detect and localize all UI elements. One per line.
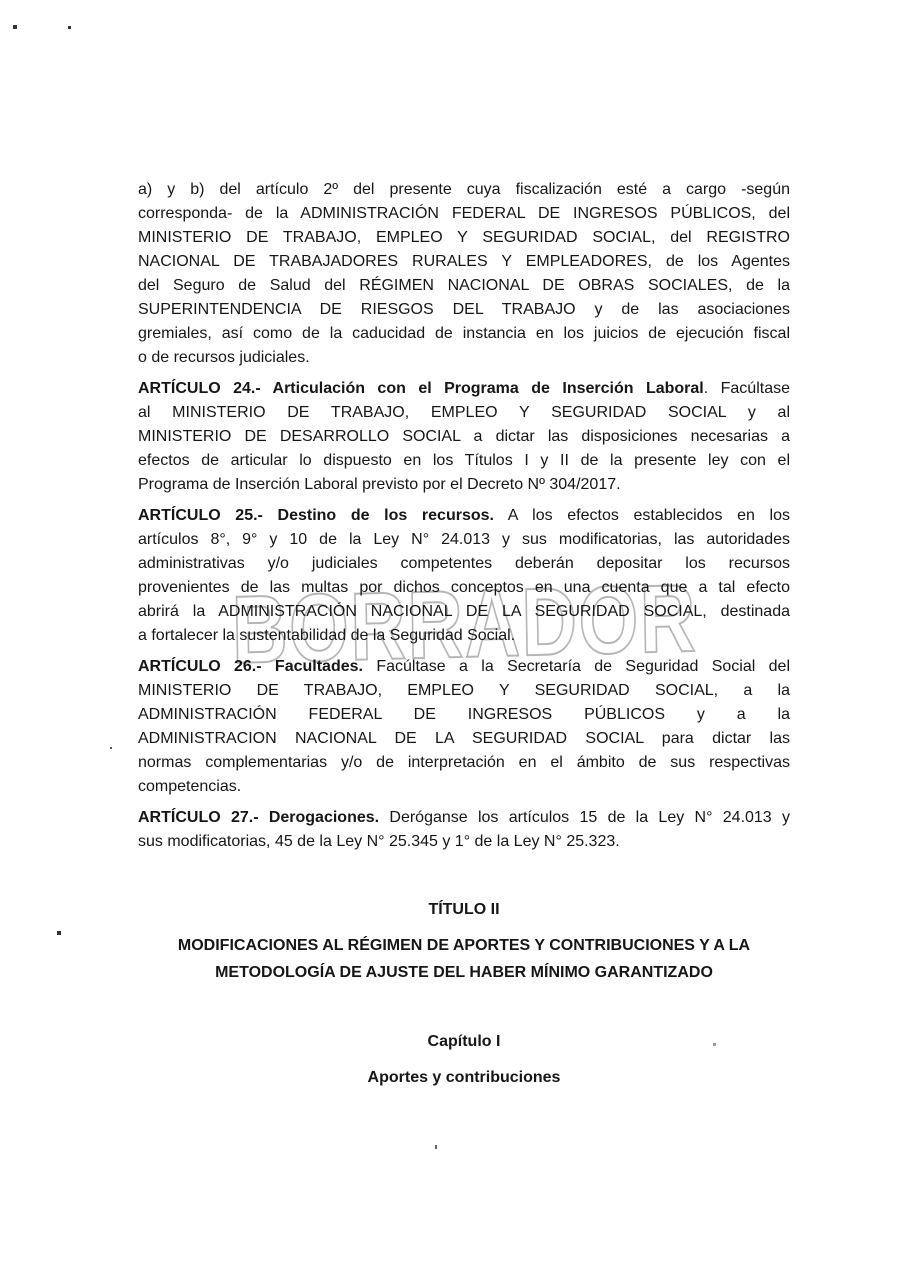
headings-block: TÍTULO II MODIFICACIONES AL RÉGIMEN DE A…	[138, 898, 790, 1090]
text-line: NACIONAL DE TRABAJADORES RURALES Y EMPLE…	[138, 250, 790, 274]
text-line: Programa de Inserción Laboral previsto p…	[138, 473, 790, 497]
text-line: ARTÍCULO 24.- Articulación con el Progra…	[138, 377, 790, 401]
subtitle-line-1: MODIFICACIONES AL RÉGIMEN DE APORTES Y C…	[138, 932, 790, 959]
text-line: MINISTERIO DE TRABAJO, EMPLEO Y SEGURIDA…	[138, 679, 790, 703]
paragraph-articulo-24: ARTÍCULO 24.- Articulación con el Progra…	[138, 377, 790, 497]
text-line: normas complementarias y/o de interpreta…	[138, 751, 790, 775]
paragraph-articulo-27: ARTÍCULO 27.- Derogaciones. Deróganse lo…	[138, 806, 790, 854]
text-line: gremiales, así como de la caducidad de i…	[138, 322, 790, 346]
document-body: a) y b) del artículo 2º del presente cuy…	[138, 178, 790, 1090]
text-line: efectos de articular lo dispuesto en los…	[138, 449, 790, 473]
text-line: al MINISTERIO DE TRABAJO, EMPLEO Y SEGUR…	[138, 401, 790, 425]
subtitle-line-2: METODOLOGÍA DE AJUSTE DEL HABER MÍNIMO G…	[138, 959, 790, 986]
text-line: a) y b) del artículo 2º del presente cuy…	[138, 178, 790, 202]
scan-speck	[713, 1043, 716, 1046]
text-line: provenientes de las multas por dichos co…	[138, 576, 790, 600]
capitulo-i-subheading: Aportes y contribuciones	[138, 1066, 790, 1090]
scan-speck	[435, 1145, 437, 1149]
text-line: o de recursos judiciales.	[138, 346, 790, 370]
text-line: SUPERINTENDENCIA DE RIESGOS DEL TRABAJO …	[138, 298, 790, 322]
scan-speck	[110, 747, 112, 749]
paragraph-fiscalizacion-intro: a) y b) del artículo 2º del presente cuy…	[138, 178, 790, 370]
text-line: sus modificatorias, 45 de la Ley N° 25.3…	[138, 830, 790, 854]
text-line: artículos 8°, 9° y 10 de la Ley N° 24.01…	[138, 528, 790, 552]
titulo-ii-subtitle: MODIFICACIONES AL RÉGIMEN DE APORTES Y C…	[138, 932, 790, 986]
capitulo-i-heading: Capítulo I	[138, 1030, 790, 1054]
text-line: ADMINISTRACION NACIONAL DE LA SEGURIDAD …	[138, 727, 790, 751]
titulo-ii-heading: TÍTULO II	[138, 898, 790, 922]
scan-speck	[68, 26, 71, 29]
text-line: abrirá la ADMINISTRACIÓN NACIONAL DE LA …	[138, 600, 790, 624]
text-line: MINISTERIO DE TRABAJO, EMPLEO Y SEGURIDA…	[138, 226, 790, 250]
text-line: corresponda- de la ADMINISTRACIÓN FEDERA…	[138, 202, 790, 226]
paragraph-articulo-25: ARTÍCULO 25.- Destino de los recursos. A…	[138, 504, 790, 648]
text-line: ARTÍCULO 26.- Facultades. Facúltase a la…	[138, 655, 790, 679]
text-line: del Seguro de Salud del RÉGIMEN NACIONAL…	[138, 274, 790, 298]
scanned-document-page: BORRADOR a) y b) del artículo 2º del pre…	[0, 0, 907, 1280]
text-line: MINISTERIO DE DESARROLLO SOCIAL a dictar…	[138, 425, 790, 449]
paragraph-articulo-26: ARTÍCULO 26.- Facultades. Facúltase a la…	[138, 655, 790, 799]
paragraphs-container: a) y b) del artículo 2º del presente cuy…	[138, 178, 790, 854]
text-line: ARTÍCULO 25.- Destino de los recursos. A…	[138, 504, 790, 528]
scan-speck	[13, 25, 17, 29]
text-line: administrativas y/o judiciales competent…	[138, 552, 790, 576]
text-line: ADMINISTRACIÓN FEDERAL DE INGRESOS PÚBLI…	[138, 703, 790, 727]
text-line: ARTÍCULO 27.- Derogaciones. Deróganse lo…	[138, 806, 790, 830]
text-line: competencias.	[138, 775, 790, 799]
scan-speck	[57, 931, 61, 935]
text-line: a fortalecer la sustentabilidad de la Se…	[138, 624, 790, 648]
